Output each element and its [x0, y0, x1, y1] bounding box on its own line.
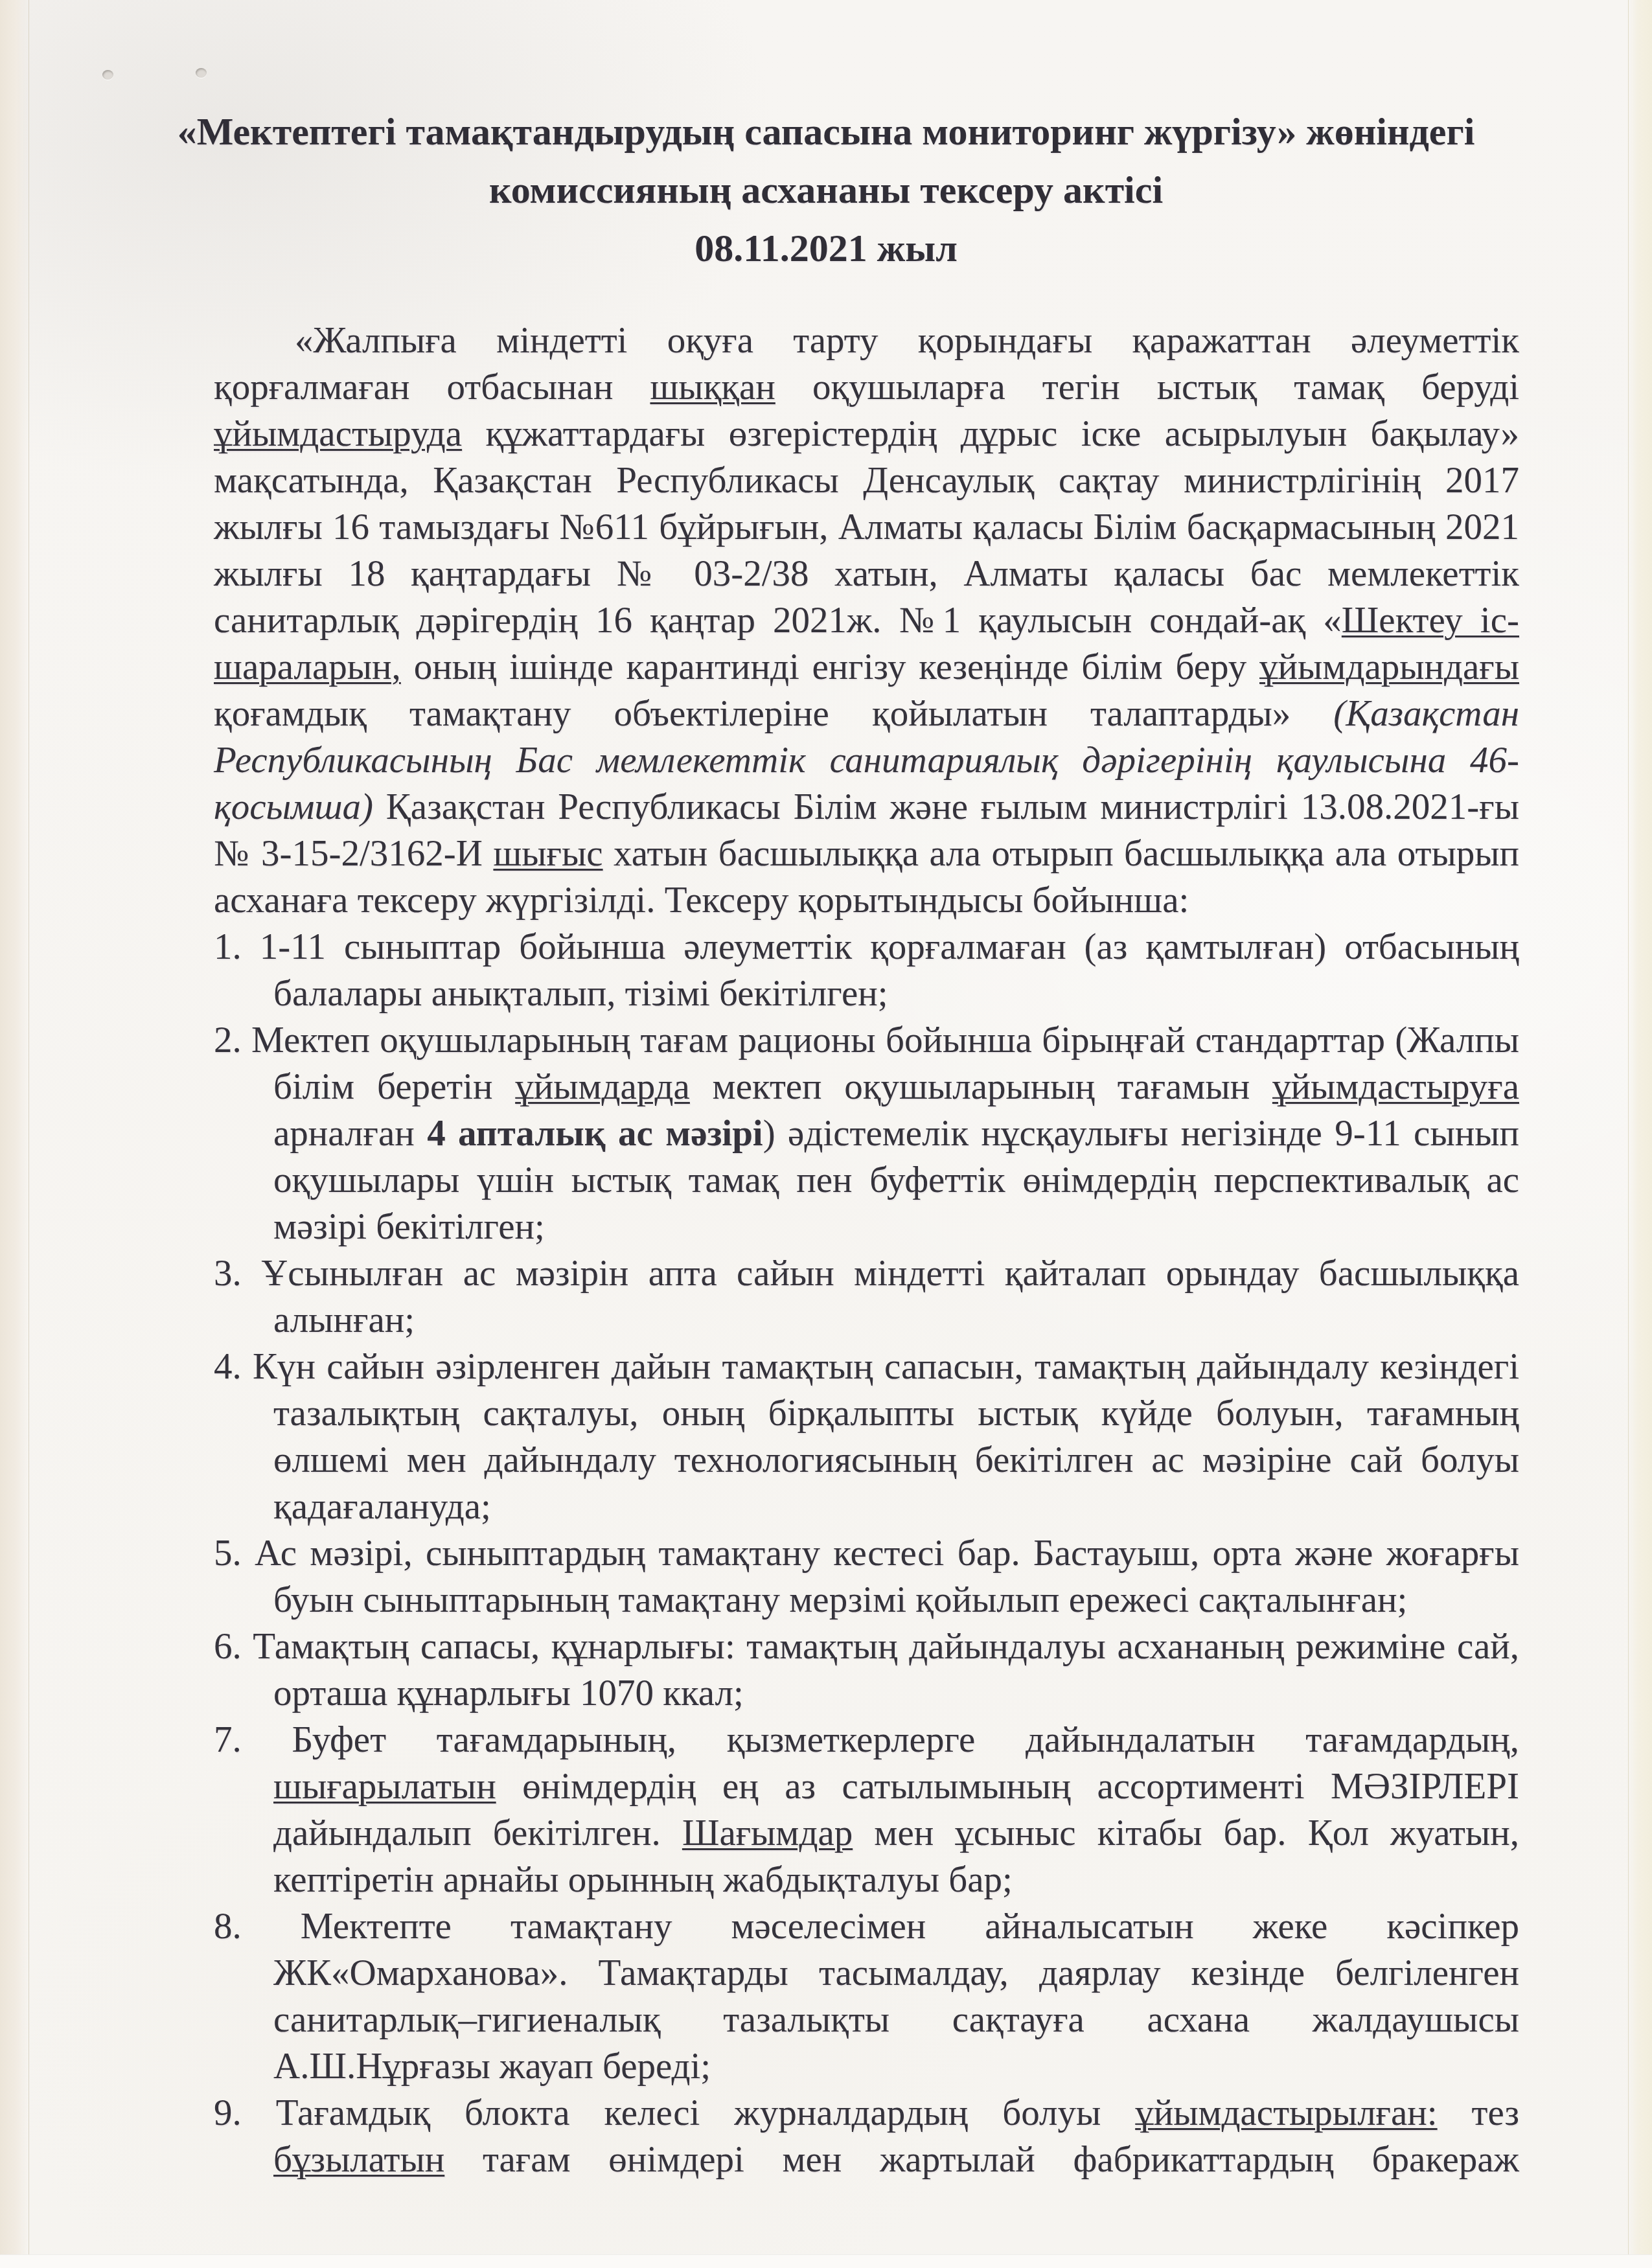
text-run: оқушыларға тегін ыстық тамақ беруді — [775, 367, 1519, 407]
list-item: 3. Ұсынылған ас мәзірін апта сайын мінде… — [214, 1250, 1519, 1344]
item-number: 6. — [214, 1626, 253, 1667]
list-item: 2. Мектеп оқушыларының тағам рационы бой… — [214, 1017, 1519, 1250]
list-item: 9. Тағамдық блокта келесі журналдардың б… — [214, 2090, 1519, 2183]
item-number: 9. — [214, 2092, 276, 2133]
document-sheet: «Мектептегі тамақтандырудың сапасына мон… — [0, 0, 1652, 2268]
text-run: ұйымдастыруға — [1272, 1066, 1519, 1107]
text-run: тағам өнімдері мен жартылай фабрикаттард… — [444, 2139, 1519, 2180]
text-run: шығыс — [493, 833, 602, 874]
text-run: оның ішінде карантинді енгізу кезеңінде … — [401, 647, 1259, 687]
text-run: Мектепте тамақтану мәселесімен айналысат… — [273, 1906, 1519, 2087]
item-number: 1. — [214, 926, 260, 967]
list-item: 8. Мектепте тамақтану мәселесімен айналы… — [214, 1903, 1519, 2090]
text-run: арналған — [273, 1113, 427, 1154]
text-run: 4 апталық ас мәзірі — [427, 1113, 763, 1154]
text-run: ұйымдастыруда — [214, 413, 462, 454]
intro-paragraph: «Жалпыға міндетті оқуға тарту қорындағы … — [214, 317, 1519, 924]
scanned-document-page: «Мектептегі тамақтандырудың сапасына мон… — [0, 0, 1652, 2268]
list-item: 4. Күн сайын әзірленген дайын тамақтың с… — [214, 1344, 1519, 1530]
items-list: 1. 1-11 сыныптар бойынша әлеуметтік қорғ… — [214, 924, 1519, 2183]
list-item: 7. Буфет тағамдарының, қызметкерлерге да… — [214, 1717, 1519, 1903]
text-run: тез — [1438, 2092, 1519, 2133]
text-run: ұйымдарда — [515, 1066, 690, 1107]
item-number: 5. — [214, 1533, 255, 1574]
list-item: 5. Ас мәзірі, сыныптардың тамақтану кест… — [214, 1530, 1519, 1623]
text-run: ұйымдарындағы — [1259, 647, 1519, 687]
document-title-line-1: «Мектептегі тамақтандырудың сапасына мон… — [133, 102, 1519, 161]
text-run: Тамақтың сапасы, құнарлығы: тамақтың дай… — [253, 1626, 1519, 1713]
document-title-line-2: комиссияның асхананы тексеру актісі — [133, 161, 1519, 219]
item-number: 7. — [214, 1719, 292, 1760]
item-number: 2. — [214, 1020, 251, 1060]
item-number: 3. — [214, 1253, 261, 1294]
text-run: бұзылатын — [273, 2139, 444, 2180]
text-run: Күн сайын әзірленген дайын тамақтың сапа… — [253, 1346, 1519, 1527]
text-run: 1-11 сыныптар бойынша әлеуметтік қорғалм… — [260, 926, 1519, 1014]
text-run: шыққан — [650, 367, 775, 407]
document-title-line-3: 08.11.2021 жыл — [133, 219, 1519, 277]
text-run: шығарылатын — [273, 1766, 496, 1807]
document-body: «Жалпыға міндетті оқуға тарту қорындағы … — [214, 317, 1519, 2183]
document-title: «Мектептегі тамақтандырудың сапасына мон… — [133, 102, 1519, 277]
text-run: ұйымдастырылған: — [1135, 2092, 1437, 2133]
text-run: Ұсынылған ас мәзірін апта сайын міндетті… — [261, 1253, 1519, 1340]
text-run: Шағымдар — [682, 1813, 853, 1853]
text-run: Тағамдық блокта келесі журналдардың болу… — [276, 2092, 1135, 2133]
text-run: мектеп оқушыларының тағамын — [690, 1066, 1272, 1107]
item-number: 8. — [214, 1906, 301, 1947]
list-item: 6. Тамақтың сапасы, құнарлығы: тамақтың … — [214, 1623, 1519, 1717]
text-run: Буфет тағамдарының, қызметкерлерге дайын… — [292, 1719, 1520, 1760]
text-run: қоғамдық тамақтану объектілеріне қойылат… — [214, 693, 1333, 734]
text-run: Ас мәзірі, сыныптардың тамақтану кестесі… — [255, 1533, 1519, 1620]
item-number: 4. — [214, 1346, 253, 1387]
list-item: 1. 1-11 сыныптар бойынша әлеуметтік қорғ… — [214, 924, 1519, 1017]
